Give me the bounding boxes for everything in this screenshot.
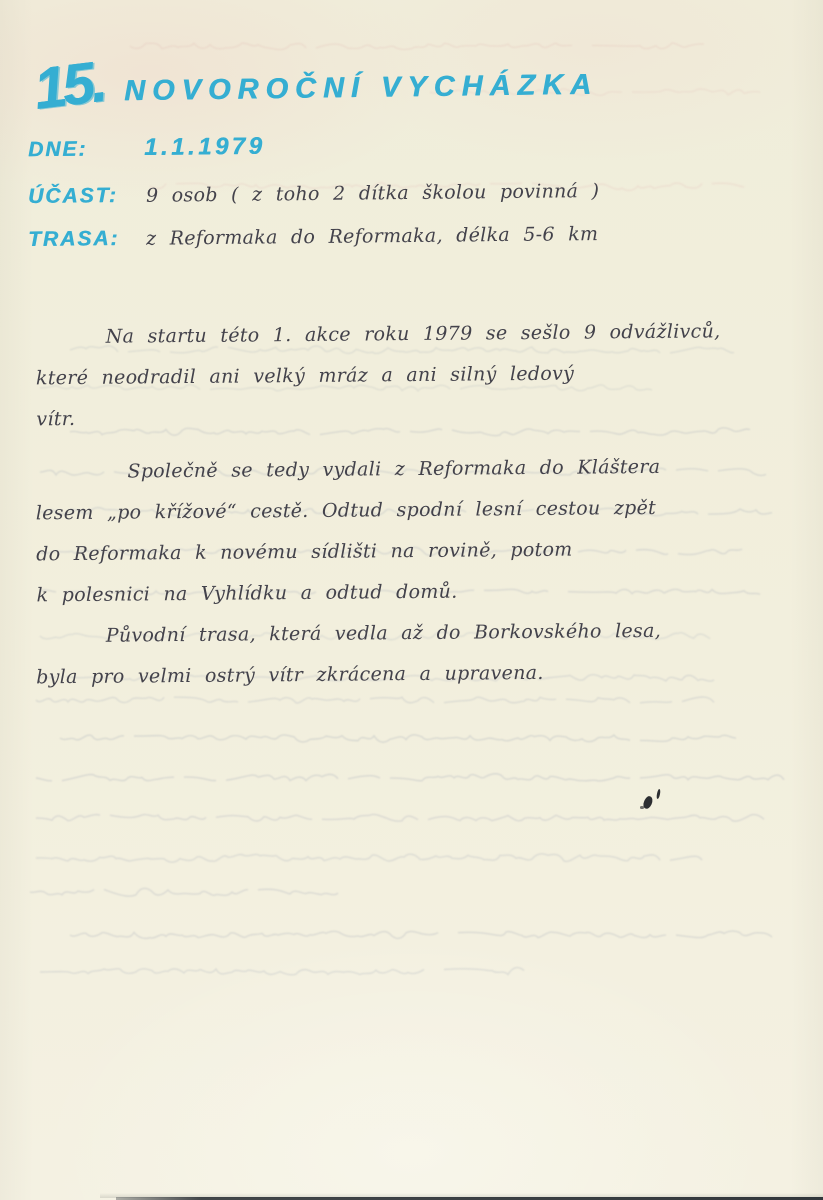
- ink-blot: [640, 806, 644, 809]
- entry-number: 15.: [30, 48, 106, 123]
- paragraph-line: lesem „po křížové“ cestě. Odtud spodní l…: [36, 487, 796, 535]
- field-ucast-value: 9 osob ( z toho 2 dítka školou povinná ): [146, 180, 600, 207]
- field-ucast-label: ÚČAST:: [28, 184, 140, 209]
- page-title: NOVOROČNÍ VYCHÁZKA: [124, 69, 598, 109]
- field-dne-value: 1.1.1979: [144, 133, 266, 161]
- paragraph-1: Na startu této 1. akce roku 1979 se sešl…: [35, 311, 796, 441]
- field-dne-label: DNE:: [28, 137, 140, 162]
- field-dne: DNE:1.1.1979: [28, 133, 266, 163]
- field-trasa-label: TRASA:: [28, 227, 140, 252]
- paragraph-line: Společně se tedy vydali z Reformaka do K…: [35, 446, 795, 494]
- field-trasa-value: z Reformaka do Reformaka, délka 5-6 km: [146, 223, 599, 250]
- paragraph-line: k polesnici na Vyhlídku a odtud domů.: [36, 569, 796, 617]
- paragraph-2: Společně se tedy vydali z Reformaka do K…: [35, 446, 796, 617]
- paragraph-line: které neodradil ani velký mráz a ani sil…: [36, 352, 796, 400]
- paragraph-line: Na startu této 1. akce roku 1979 se sešl…: [35, 311, 795, 359]
- paragraph-line: vítr.: [36, 393, 796, 441]
- paragraph-line: Původní trasa, která vedla až do Borkovs…: [36, 610, 796, 658]
- paragraph-line: do Reformaka k novému sídlišti na rovině…: [36, 528, 796, 576]
- paragraph-line: byla pro velmi ostrý vítr zkrácena a upr…: [36, 651, 796, 699]
- scanned-chronicle-page: 15. NOVOROČNÍ VYCHÁZKA DNE:1.1.1979 ÚČAS…: [0, 0, 823, 1200]
- paragraph-3: Původní trasa, která vedla až do Borkovs…: [36, 610, 797, 699]
